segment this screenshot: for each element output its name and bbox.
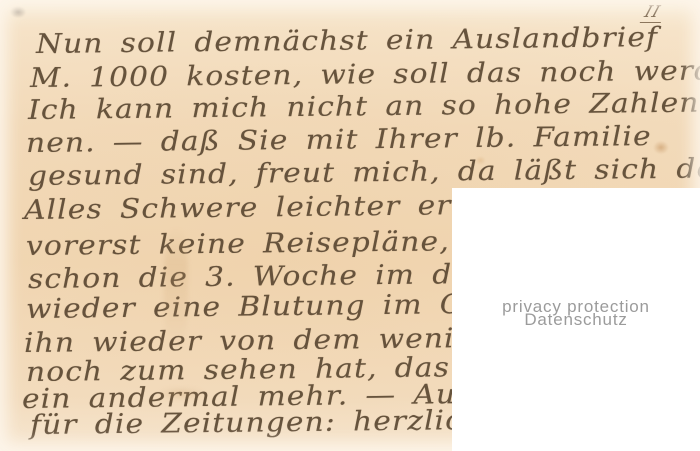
handwriting-line: Alles Schwere leichter ertrag — [24, 192, 519, 224]
page-marker: II — [640, 3, 667, 23]
handwriting-line: M. 1000 kosten, wie soll das noch werden… — [30, 57, 700, 92]
postcard-scan: II Nun soll demnächst ein Auslandbrief M… — [0, 0, 700, 451]
handwriting-line: gesund sind, freut mich, da läßt sich do… — [28, 155, 700, 190]
privacy-overlay: privacy protection Datenschutz — [452, 188, 700, 451]
handwriting-line: Ich kann mich nicht an so hohe Zahlen ge… — [28, 88, 700, 124]
paper-smudge — [7, 4, 29, 20]
handwriting-line: für die Zeitungen: herzliche — [30, 407, 502, 439]
handwriting-line: wieder eine Blutung im C — [26, 291, 464, 323]
handwriting-line: vorerst keine Reisepläne, w — [26, 228, 494, 260]
privacy-overlay-text: privacy protection Datenschutz — [502, 300, 650, 326]
handwriting-line: nen. — daß Sie mit Ihrer lb. Familie — [26, 123, 652, 157]
handwriting-line: Nun soll demnächst ein Auslandbrief — [36, 24, 659, 58]
